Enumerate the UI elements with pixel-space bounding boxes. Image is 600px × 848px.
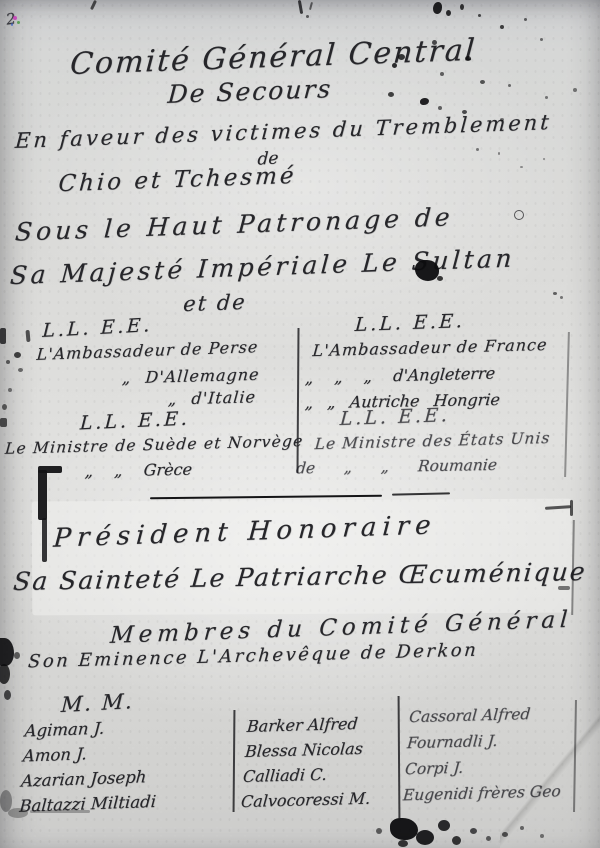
member-column-1: Agiman J. Amon J. Azarian Joseph Baltazz…	[19, 711, 231, 818]
edge-blotch	[0, 638, 14, 666]
ink-speck	[560, 296, 563, 299]
ink-mark	[0, 328, 6, 344]
slip-corner-mark	[558, 586, 570, 590]
ink-speck	[520, 166, 523, 168]
bottom-blotch	[452, 836, 461, 845]
ink-splatter	[440, 72, 444, 76]
ambassadors-right-heading: L.L. E.E.	[319, 309, 500, 337]
ministers-right-line1: Le Ministre des États Unis	[304, 429, 560, 454]
ink-mark	[90, 0, 97, 10]
bottom-blotch	[470, 828, 477, 834]
ink-splatter	[545, 96, 548, 99]
ink-speck	[437, 276, 443, 281]
ink-speck	[543, 158, 545, 160]
ink-speck	[2, 404, 7, 410]
ink-speck	[8, 388, 12, 392]
bottom-blotch	[398, 840, 408, 847]
member-divider-2	[398, 696, 401, 818]
member-column-2: Barker Alfred Blessa Nicolas Calliadi C.…	[240, 710, 398, 814]
ink-splatter	[420, 98, 429, 105]
member-divider-1	[233, 710, 236, 812]
ink-splatter	[500, 118, 504, 121]
ink-speck	[6, 360, 10, 364]
ink-splatter	[432, 40, 437, 45]
bottom-blotch	[540, 834, 544, 838]
ministers-left-line1: Le Ministre de Suède et Norvège	[4, 432, 295, 458]
bottom-blotch	[376, 828, 382, 834]
ink-splatter	[465, 56, 471, 61]
document-page: 2 Comité Général Central De Secours En f…	[0, 0, 600, 848]
bottom-blotch	[502, 832, 508, 837]
ink-speck	[498, 152, 500, 155]
ink-splatter	[508, 84, 511, 87]
ink-speck	[13, 16, 17, 20]
bracket-mark	[42, 518, 47, 562]
edge-blotch	[4, 690, 11, 700]
ink-splatter	[540, 38, 543, 41]
ink-splatter	[462, 110, 467, 114]
sultan-ink-blot	[415, 260, 439, 281]
ink-speck	[18, 368, 23, 372]
ministers-right-heading: L.L. E.E.	[314, 403, 475, 431]
column-divider	[296, 328, 299, 473]
bottom-blotch	[390, 818, 418, 840]
title-line-1: Comité Général Central	[69, 33, 471, 82]
patronage-intro: Sous le Haut Patronage de	[14, 202, 451, 246]
ink-splatter	[433, 2, 442, 14]
bottom-blotch	[416, 830, 434, 845]
ink-splatter	[460, 4, 464, 10]
ink-splatter	[480, 80, 485, 84]
ink-speck	[553, 292, 557, 295]
ministers-left-heading: L.L. E.E.	[49, 406, 220, 435]
slip-corner-mark	[570, 500, 573, 516]
smudge	[8, 808, 28, 818]
ink-splatter	[388, 92, 394, 97]
ink-mark	[298, 0, 303, 14]
ink-splatter	[500, 25, 504, 29]
patron-primary: Sa Majesté Impériale Le Sultan	[9, 245, 476, 290]
smudge	[30, 810, 90, 813]
bottom-blotch	[486, 836, 491, 841]
ambassadors-right-line2: „ „ „ d'Angleterre	[304, 362, 570, 388]
bottom-blotch	[520, 826, 524, 830]
ink-speck	[11, 23, 13, 26]
separator-rule-segment	[392, 492, 450, 495]
ambassadors-right-line1: L'Ambassadeur de France	[299, 335, 560, 361]
ink-speck	[476, 148, 479, 151]
ink-splatter	[524, 18, 527, 21]
bottom-blotch	[438, 820, 450, 831]
member-column-3: Cassoral Alfred Fournadli J. Corpi J. Eu…	[402, 700, 578, 809]
ink-speck	[17, 21, 20, 24]
cause-line-1: En faveur des victimes du Tremblement	[14, 111, 520, 153]
ink-splatter	[398, 54, 405, 60]
ambassadors-left-heading: L.L. E.E.	[20, 313, 176, 343]
member-name: Calvocoressi M.	[240, 785, 392, 814]
ministers-right-line2: de „ „ Roumanie	[295, 455, 567, 478]
ink-splatter	[392, 63, 397, 68]
edge-blotch	[0, 664, 10, 684]
bracket-mark	[38, 470, 47, 520]
ink-mark	[0, 418, 7, 427]
ink-speck	[14, 652, 20, 659]
ministers-left-line2: „ „ Grèce	[84, 458, 266, 480]
ambassadors-left-line2: „ D'Allemagne	[121, 364, 302, 388]
cause-line-3: Chio et Tchesmé	[39, 162, 316, 198]
ink-splatter	[573, 88, 577, 92]
ambassadors-left-line3: „ d'Italie	[167, 386, 288, 408]
ink-splatter	[438, 106, 442, 110]
ink-splatter	[446, 10, 451, 16]
member-name: Eugenidi frères Geo	[402, 778, 572, 808]
ink-mark	[309, 2, 313, 10]
ink-speck	[14, 352, 21, 358]
ink-ring	[514, 210, 524, 220]
committee-eminence: Son Eminence L'Archevêque de Derkon	[27, 641, 439, 673]
ink-speck	[306, 15, 309, 18]
ink-splatter	[478, 14, 481, 17]
